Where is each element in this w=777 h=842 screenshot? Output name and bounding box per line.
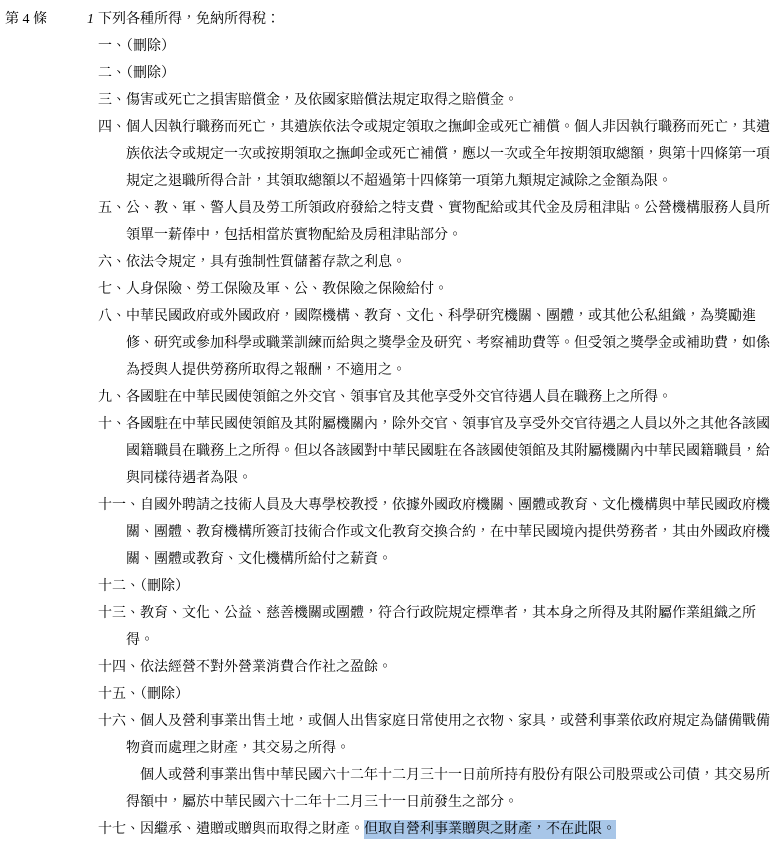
item-text: 各國駐在中華民國使領館之外交官、領事官及其他享受外交官待遇人員在職務上之所得。 [126,390,672,405]
highlighted-text: 但取自營利事業贈與之財產，不在此限。 [364,820,616,839]
item-first-paragraph: 一、（刪除） [126,33,774,60]
item-text: （刪除） [140,687,189,702]
item-number: 十三、 [98,606,140,621]
item-number: 二、 [98,66,126,81]
exempt-item: 十六、個人及營利事業出售土地，或個人出售家庭日常使用之衣物、家具，或營利事業依政… [98,708,774,816]
item-text: 依法經營不對外營業消費合作社之盈餘。 [140,660,392,675]
exempt-item: 七、人身保險、勞工保險及軍、公、教保險之保險給付。 [98,276,774,303]
item-text: 個人因執行職務而死亡，其遺族依法令或規定領取之撫卹金或死亡補償。個人非因執行職務… [126,120,770,189]
item-text: 自國外聘請之技術人員及大專學校教授，依據外國政府機關、團體或教育、文化機構與中華… [126,498,770,567]
item-first-paragraph: 十五、（刪除） [126,681,774,708]
item-first-paragraph: 二、（刪除） [126,60,774,87]
item-number: 八、 [98,309,126,324]
item-first-paragraph: 十、各國駐在中華民國使領館及其附屬機關內，除外交官、領事官及享受外交官待遇之人員… [126,411,774,492]
exempt-item: 五、公、教、軍、警人員及勞工所領政府發給之特支費、實物配給或其代金及房租津貼。公… [98,195,774,249]
item-text: 教育、文化、公益、慈善機關或團體，符合行政院規定標準者，其本身之所得及其附屬作業… [126,606,756,648]
item-first-paragraph: 八、中華民國政府或外國政府，國際機構、教育、文化、科學研究機關、團體，或其他公私… [126,303,774,384]
exempt-item: 九、各國駐在中華民國使領館之外交官、領事官及其他享受外交官待遇人員在職務上之所得… [98,384,774,411]
exempt-item: 二、（刪除） [98,60,774,87]
item-first-paragraph: 三、傷害或死亡之損害賠償金，及依國家賠償法規定取得之賠償金。 [126,87,774,114]
paragraph-number: 1 [83,6,98,33]
item-first-paragraph: 十二、（刪除） [126,573,774,600]
item-text: （刪除） [126,66,175,81]
article-number-label: 第 4 條 [5,6,83,33]
item-number: 十五、 [98,687,140,702]
item-text: （刪除） [140,579,189,594]
item-text: 人身保險、勞工保險及軍、公、教保險之保險給付。 [126,282,448,297]
item-first-paragraph: 十四、依法經營不對外營業消費合作社之盈餘。 [126,654,774,681]
item-text: 公、教、軍、警人員及勞工所領政府發給之特支費、實物配給或其代金及房租津貼。公營機… [126,201,770,243]
item-number: 十一、 [98,498,140,513]
item-text: （刪除） [126,39,175,54]
item-first-paragraph: 七、人身保險、勞工保險及軍、公、教保險之保險給付。 [126,276,774,303]
item-first-paragraph: 六、依法令規定，具有強制性質儲蓄存款之利息。 [126,249,774,276]
item-text: 個人及營利事業出售土地，或個人出售家庭日常使用之衣物、家具，或營利事業依政府規定… [126,714,770,756]
item-first-paragraph: 四、個人因執行職務而死亡，其遺族依法令或規定領取之撫卹金或死亡補償。個人非因執行… [126,114,774,195]
exempt-item: 十一、自國外聘請之技術人員及大專學校教授，依據外國政府機關、團體或教育、文化機構… [98,492,774,573]
article-content: 下列各種所得，免納所得稅： 一、（刪除） 二、（刪除） 三、傷害或死亡之損害賠償… [98,6,774,842]
item-paragraph-2: 個人或營利事業出售中華民國六十二年十二月三十一日前所持有股份有限公司股票或公司債… [126,762,774,816]
item-first-paragraph: 九、各國駐在中華民國使領館之外交官、領事官及其他享受外交官待遇人員在職務上之所得… [126,384,774,411]
item-number: 一、 [98,39,126,54]
item-number: 七、 [98,282,126,297]
exempt-item: 八、中華民國政府或外國政府，國際機構、教育、文化、科學研究機關、團體，或其他公私… [98,303,774,384]
item-number: 四、 [98,120,126,135]
item-number: 十、 [98,417,126,432]
item-first-paragraph: 十六、個人及營利事業出售土地，或個人出售家庭日常使用之衣物、家具，或營利事業依政… [126,708,774,762]
item-number: 十七、 [98,822,140,837]
item-number: 六、 [98,255,126,270]
item-first-paragraph: 十七、因繼承、遺贈或贈與而取得之財產。但取自營利事業贈與之財產，不在此限。 [126,816,774,842]
item-number: 五、 [98,201,126,216]
item-text: 各國駐在中華民國使領館及其附屬機關內，除外交官、領事官及享受外交官待遇之人員以外… [126,417,770,486]
article-row: 第 4 條 1 下列各種所得，免納所得稅： 一、（刪除） 二、（刪除） 三、傷害… [5,6,777,842]
exempt-item: 十四、依法經營不對外營業消費合作社之盈餘。 [98,654,774,681]
exempt-item: 四、個人因執行職務而死亡，其遺族依法令或規定領取之撫卹金或死亡補償。個人非因執行… [98,114,774,195]
exempt-item: 三、傷害或死亡之損害賠償金，及依國家賠償法規定取得之賠償金。 [98,87,774,114]
law-document-page: 第 4 條 1 下列各種所得，免納所得稅： 一、（刪除） 二、（刪除） 三、傷害… [0,0,777,842]
item-first-paragraph: 十一、自國外聘請之技術人員及大專學校教授，依據外國政府機關、團體或教育、文化機構… [126,492,774,573]
exempt-item: 十、各國駐在中華民國使領館及其附屬機關內，除外交官、領事官及享受外交官待遇之人員… [98,411,774,492]
item-text: 依法令規定，具有強制性質儲蓄存款之利息。 [126,255,406,270]
item-number: 十四、 [98,660,140,675]
exempt-item: 十七、因繼承、遺贈或贈與而取得之財產。但取自營利事業贈與之財產，不在此限。 [98,816,774,842]
exempt-item: 一、（刪除） [98,33,774,60]
exempt-item: 六、依法令規定，具有強制性質儲蓄存款之利息。 [98,249,774,276]
item-text: 因繼承、遺贈或贈與而取得之財產。 [140,822,364,837]
article-intro-text: 下列各種所得，免納所得稅： [98,6,774,33]
item-text: 傷害或死亡之損害賠償金，及依國家賠償法規定取得之賠償金。 [126,93,518,108]
item-first-paragraph: 五、公、教、軍、警人員及勞工所領政府發給之特支費、實物配給或其代金及房租津貼。公… [126,195,774,249]
item-number: 三、 [98,93,126,108]
item-number: 十二、 [98,579,140,594]
item-number: 九、 [98,390,126,405]
exempt-item: 十五、（刪除） [98,681,774,708]
item-number: 十六、 [98,714,140,729]
exempt-item: 十二、（刪除） [98,573,774,600]
item-text: 中華民國政府或外國政府，國際機構、教育、文化、科學研究機關、團體，或其他公私組織… [126,309,770,378]
exempt-item: 十三、教育、文化、公益、慈善機關或團體，符合行政院規定標準者，其本身之所得及其附… [98,600,774,654]
item-first-paragraph: 十三、教育、文化、公益、慈善機關或團體，符合行政院規定標準者，其本身之所得及其附… [126,600,774,654]
items-list: 一、（刪除） 二、（刪除） 三、傷害或死亡之損害賠償金，及依國家賠償法規定取得之… [98,33,774,842]
